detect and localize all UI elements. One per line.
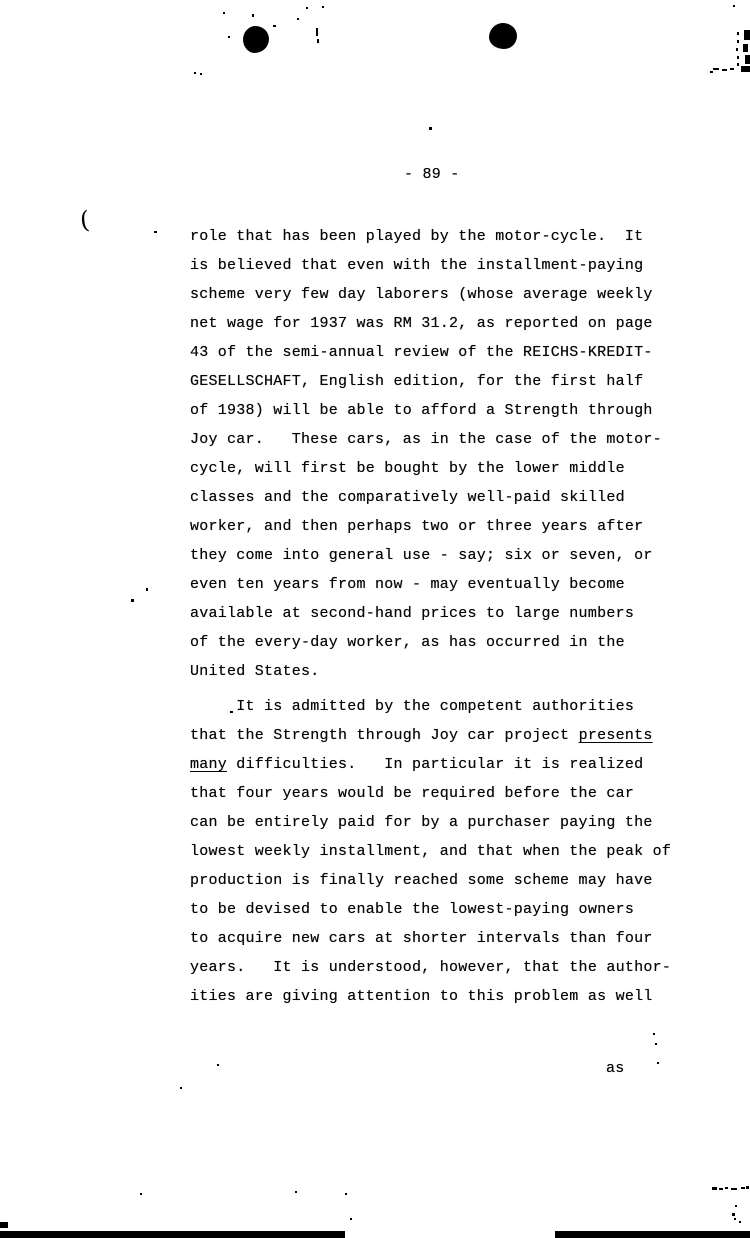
text-run: is believed that even with the installme… [190,257,643,274]
text-run: that four years would be required before… [190,785,634,802]
text-line: can be entirely paid for by a purchaser … [190,808,671,837]
scan-edge-notch [0,1222,8,1228]
text-run: Joy car. These cars, as in the case of t… [190,431,662,448]
scan-speckle [725,1187,728,1189]
hole-punch-left-icon [243,26,269,53]
scan-speckle [719,1188,723,1190]
scan-speckle [710,71,713,73]
scan-speckle [297,18,299,20]
scan-speckle [200,73,202,75]
scan-speckle [736,48,738,51]
scan-speckle [194,72,196,74]
text-run: 43 of the semi-annual review of the REIC… [190,344,653,361]
scan-speckle [737,56,739,59]
text-run: that the Strength through Joy car projec… [190,727,579,744]
hole-punch-right-icon [489,23,517,49]
scan-speckle [230,711,233,713]
text-line: Joy car. These cars, as in the case of t… [190,425,671,454]
scan-edge-bar-right [555,1231,750,1238]
scan-speckle [737,32,739,35]
scan-edge-bar-left [0,1231,345,1238]
scan-speckle [350,1218,352,1220]
text-run: It is admitted by the competent authorit… [190,698,634,715]
scan-speckle [713,68,719,70]
paragraph: It is admitted by the competent authorit… [190,692,671,1011]
text-line: is believed that even with the installme… [190,251,671,280]
text-run: classes and the comparatively well-paid … [190,489,625,506]
text-line: they come into general use - say; six or… [190,541,671,570]
scan-speckle [154,231,157,233]
text-run: GESELLSCHAFT, English edition, for the f… [190,373,643,390]
scan-speckle [322,6,324,8]
text-line: scheme very few day laborers (whose aver… [190,280,671,309]
scanned-document-page: ( - 89 - role that has been played by th… [0,0,750,1238]
text-run: United States. [190,663,320,680]
scan-speckle [733,5,735,7]
scan-speckle [228,36,230,38]
scan-speckle [737,63,739,66]
scan-speckle [223,12,225,14]
scan-speckle [180,1087,182,1089]
text-line: 43 of the semi-annual review of the REIC… [190,338,671,367]
scan-speckle [734,1218,736,1220]
underlined-word: presents [579,727,653,744]
scan-speckle [730,68,734,70]
text-line: lowest weekly installment, and that when… [190,837,671,866]
text-run: can be entirely paid for by a purchaser … [190,814,653,831]
text-run: cycle, will first be bought by the lower… [190,460,625,477]
scan-speckle [252,14,254,17]
scan-speckle [744,30,750,40]
scan-speckle [737,40,739,43]
text-line: even ten years from now - may eventually… [190,570,671,599]
scan-speckle [295,1191,297,1193]
text-line: GESELLSCHAFT, English edition, for the f… [190,367,671,396]
page-number: - 89 - [404,166,460,183]
stray-paren-mark: ( [79,206,91,235]
text-line: to be devised to enable the lowest-payin… [190,895,671,924]
scan-speckle [655,1043,657,1045]
text-run: of the every-day worker, as has occurred… [190,634,625,651]
text-run: even ten years from now - may eventually… [190,576,625,593]
text-line: United States. [190,657,671,686]
scan-speckle [317,39,319,43]
paragraph: role that has been played by the motor-c… [190,222,671,686]
text-line: years. It is understood, however, that t… [190,953,671,982]
text-line: available at second-hand prices to large… [190,599,671,628]
scan-speckle [731,1188,737,1190]
text-line: that the Strength through Joy car projec… [190,721,671,750]
scan-speckle [735,1205,737,1207]
scan-speckle [345,1193,347,1195]
scan-speckle [657,1062,659,1064]
text-run: production is finally reached some schem… [190,872,653,889]
text-run: lowest weekly installment, and that when… [190,843,671,860]
text-line: to acquire new cars at shorter intervals… [190,924,671,953]
scan-speckle [722,69,727,71]
scan-speckle [712,1187,717,1190]
text-line: many difficulties. In particular it is r… [190,750,671,779]
scan-speckle [746,1186,749,1189]
scan-speckle [131,599,134,602]
text-run: scheme very few day laborers (whose aver… [190,286,653,303]
text-line: of the every-day worker, as has occurred… [190,628,671,657]
scan-speckle [743,44,748,52]
text-run: of 1938) will be able to afford a Streng… [190,402,653,419]
catchword: as [606,1060,625,1077]
underlined-word: many [190,756,227,773]
text-line: production is finally reached some schem… [190,866,671,895]
text-run: net wage for 1937 was RM 31.2, as report… [190,315,653,332]
text-line: ities are giving attention to this probl… [190,982,671,1011]
scan-speckle [146,588,148,591]
text-line: classes and the comparatively well-paid … [190,483,671,512]
text-line: net wage for 1937 was RM 31.2, as report… [190,309,671,338]
scan-speckle [217,1064,219,1066]
text-run: difficulties. In particular it is realiz… [227,756,643,773]
text-line: cycle, will first be bought by the lower… [190,454,671,483]
text-run: to be devised to enable the lowest-payin… [190,901,634,918]
text-run: worker, and then perhaps two or three ye… [190,518,643,535]
text-line: It is admitted by the competent authorit… [190,692,671,721]
scan-speckle [739,1221,741,1223]
text-line: that four years would be required before… [190,779,671,808]
scan-speckle [732,1213,735,1216]
text-line: of 1938) will be able to afford a Streng… [190,396,671,425]
scan-speckle [316,28,318,36]
text-run: to acquire new cars at shorter intervals… [190,930,653,947]
scan-speckle [140,1193,142,1195]
text-run: available at second-hand prices to large… [190,605,634,622]
document-body: role that has been played by the motor-c… [190,222,671,1011]
scan-speckle [429,127,432,130]
scan-speckle [745,55,750,64]
text-run: role that has been played by the motor-c… [190,228,643,245]
text-run: they come into general use - say; six or… [190,547,653,564]
text-run: years. It is understood, however, that t… [190,959,671,976]
scan-speckle [741,66,750,72]
text-line: worker, and then perhaps two or three ye… [190,512,671,541]
scan-speckle [273,25,276,27]
scan-speckle [741,1187,745,1189]
text-line: role that has been played by the motor-c… [190,222,671,251]
text-run: ities are giving attention to this probl… [190,988,653,1005]
scan-speckle [653,1033,655,1035]
scan-speckle [306,7,308,9]
